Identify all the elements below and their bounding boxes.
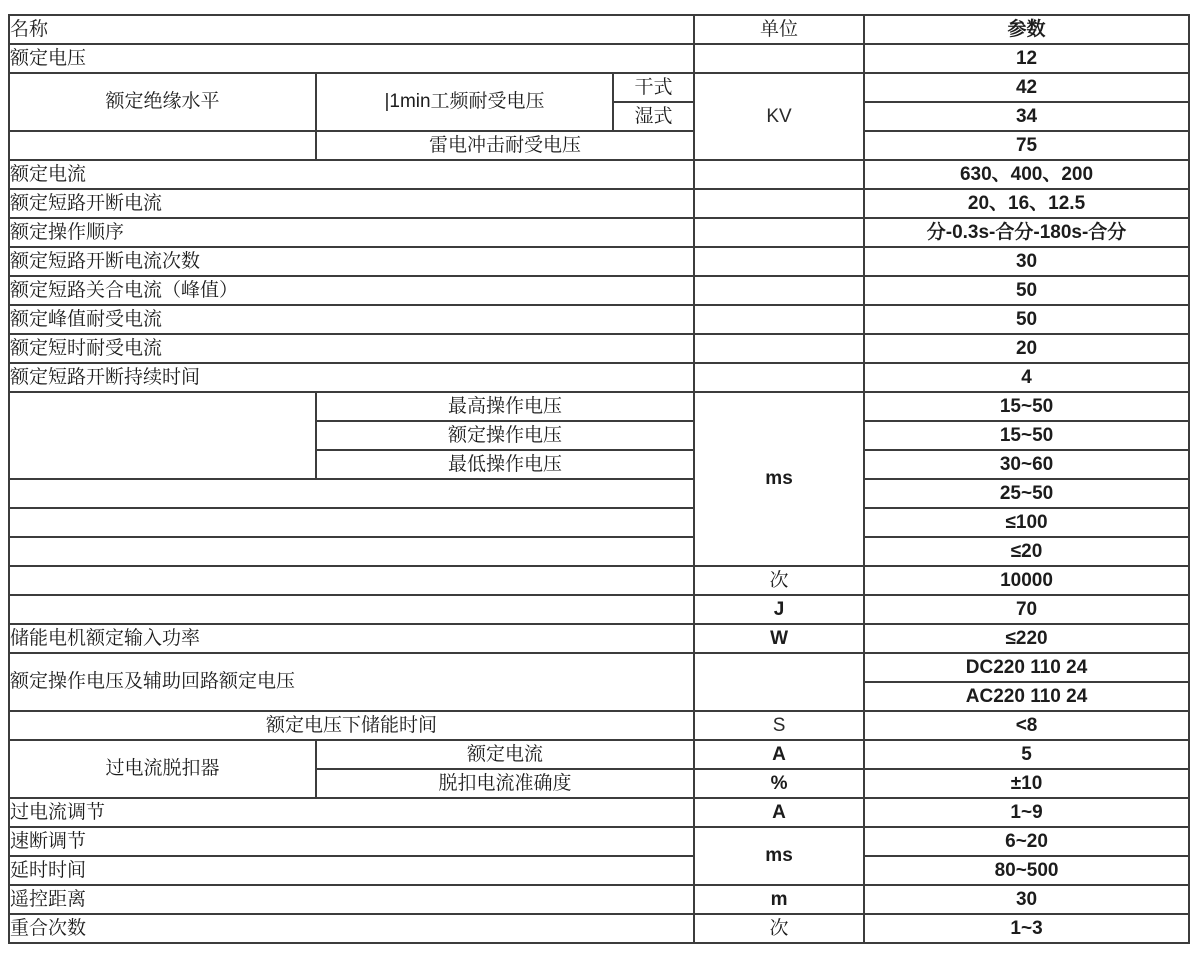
name-cell: 额定短路开断电流次数 (9, 247, 694, 276)
name-cell: 延时时间 (9, 856, 694, 885)
empty-cell (9, 595, 694, 624)
spec-table: 名称单位参数额定电压12额定绝缘水平|1min工频耐受电压干式KV42湿式34雷… (8, 14, 1190, 944)
empty-cell (694, 363, 864, 392)
header-name-cell: 名称 (9, 15, 694, 44)
value-cell: 分-0.3s-合分-180s-合分 (864, 218, 1189, 247)
name-cell: 干式 (613, 73, 694, 102)
value-cell: 5 (864, 740, 1189, 769)
value-cell: 30 (864, 247, 1189, 276)
name-cell: 过电流脱扣器 (9, 740, 316, 798)
value-cell: ≤20 (864, 537, 1189, 566)
name-cell: 过电流调节 (9, 798, 694, 827)
table-row: 过电流脱扣器额定电流A5 (9, 740, 1189, 769)
name-cell: 重合次数 (9, 914, 694, 943)
value-cell: 42 (864, 73, 1189, 102)
unit-cell: W (694, 624, 864, 653)
table-row: J70 (9, 595, 1189, 624)
table-row: 速断调节ms6~20 (9, 827, 1189, 856)
table-row: ≤100 (9, 508, 1189, 537)
empty-cell (9, 508, 694, 537)
table-row: 名称单位参数 (9, 15, 1189, 44)
spec-sheet-page: 名称单位参数额定电压12额定绝缘水平|1min工频耐受电压干式KV42湿式34雷… (0, 0, 1200, 953)
table-row: 最高操作电压ms15~50 (9, 392, 1189, 421)
name-cell: 储能电机额定输入功率 (9, 624, 694, 653)
value-cell: AC220 110 24 (864, 682, 1189, 711)
empty-cell (694, 276, 864, 305)
subname-cell: 最低操作电压 (316, 450, 694, 479)
unit-cell: S (694, 711, 864, 740)
unit-cell: m (694, 885, 864, 914)
empty-cell (694, 189, 864, 218)
value-cell: 50 (864, 305, 1189, 334)
empty-cell (9, 479, 694, 508)
unit-cell: 次 (694, 566, 864, 595)
unit-cell: A (694, 798, 864, 827)
table-row: 额定绝缘水平|1min工频耐受电压干式KV42 (9, 73, 1189, 102)
header-unit-cell: 单位 (694, 15, 864, 44)
empty-cell (9, 566, 694, 595)
subname-cell: |1min工频耐受电压 (316, 73, 613, 131)
table-row: 额定短路开断电流次数30 (9, 247, 1189, 276)
subname-cell: 最高操作电压 (316, 392, 694, 421)
value-cell: 1~3 (864, 914, 1189, 943)
unit-cell: 次 (694, 914, 864, 943)
empty-cell (9, 392, 316, 479)
empty-cell (9, 537, 694, 566)
name-cell: 速断调节 (9, 827, 694, 856)
value-cell: 20 (864, 334, 1189, 363)
table-row: 额定短时耐受电流20 (9, 334, 1189, 363)
name-cell: 遥控距离 (9, 885, 694, 914)
name-cell: 额定短路开断电流 (9, 189, 694, 218)
table-row: 25~50 (9, 479, 1189, 508)
name-cell: 额定短路关合电流（峰值） (9, 276, 694, 305)
name-cell: 额定峰值耐受电流 (9, 305, 694, 334)
unit-cell: ms (694, 392, 864, 566)
value-cell: 20、16、12.5 (864, 189, 1189, 218)
value-cell: 30~60 (864, 450, 1189, 479)
table-row: 额定短路关合电流（峰值）50 (9, 276, 1189, 305)
table-row: 额定短路开断持续时间4 (9, 363, 1189, 392)
value-cell: 12 (864, 44, 1189, 73)
value-cell: 630、400、200 (864, 160, 1189, 189)
empty-cell (694, 218, 864, 247)
table-row: 次10000 (9, 566, 1189, 595)
table-row: 额定峰值耐受电流50 (9, 305, 1189, 334)
table-row: 遥控距离m30 (9, 885, 1189, 914)
subname-cell: 脱扣电流准确度 (316, 769, 694, 798)
value-cell: 15~50 (864, 421, 1189, 450)
table-row: 额定操作电压及辅助回路额定电压DC220 110 24 (9, 653, 1189, 682)
unit-cell: KV (694, 73, 864, 160)
table-row: 重合次数次1~3 (9, 914, 1189, 943)
empty-cell (9, 131, 316, 160)
subname-cell: 雷电冲击耐受电压 (316, 131, 694, 160)
unit-cell: J (694, 595, 864, 624)
table-row: 额定操作顺序分-0.3s-合分-180s-合分 (9, 218, 1189, 247)
name-cell: 额定短路开断持续时间 (9, 363, 694, 392)
name-cell: 湿式 (613, 102, 694, 131)
value-cell: ≤220 (864, 624, 1189, 653)
value-cell: 70 (864, 595, 1189, 624)
table-row: 雷电冲击耐受电压75 (9, 131, 1189, 160)
header-value-cell: 参数 (864, 15, 1189, 44)
spec-table-rows: 名称单位参数额定电压12额定绝缘水平|1min工频耐受电压干式KV42湿式34雷… (9, 15, 1189, 943)
table-row: 额定电流630、400、200 (9, 160, 1189, 189)
name-cell: 额定电压 (9, 44, 694, 73)
name-cell: 额定绝缘水平 (9, 73, 316, 131)
table-row: ≤20 (9, 537, 1189, 566)
empty-cell (694, 305, 864, 334)
table-row: 额定电压下储能时间S<8 (9, 711, 1189, 740)
value-cell: <8 (864, 711, 1189, 740)
name-cell: 额定电压下储能时间 (9, 711, 694, 740)
name-cell: 额定操作顺序 (9, 218, 694, 247)
value-cell: 25~50 (864, 479, 1189, 508)
unit-cell: A (694, 740, 864, 769)
subname-cell: 额定电流 (316, 740, 694, 769)
unit-cell: % (694, 769, 864, 798)
empty-cell (694, 160, 864, 189)
value-cell: 1~9 (864, 798, 1189, 827)
value-cell: ±10 (864, 769, 1189, 798)
value-cell: DC220 110 24 (864, 653, 1189, 682)
name-cell: 额定短时耐受电流 (9, 334, 694, 363)
table-row: 储能电机额定输入功率W≤220 (9, 624, 1189, 653)
table-row: 额定短路开断电流20、16、12.5 (9, 189, 1189, 218)
table-row: 额定电压12 (9, 44, 1189, 73)
unit-cell: ms (694, 827, 864, 885)
table-row: 过电流调节A1~9 (9, 798, 1189, 827)
value-cell: 10000 (864, 566, 1189, 595)
value-cell: 30 (864, 885, 1189, 914)
empty-cell (694, 334, 864, 363)
name-cell: 额定操作电压及辅助回路额定电压 (9, 653, 694, 711)
empty-cell (694, 247, 864, 276)
value-cell: 4 (864, 363, 1189, 392)
empty-cell (694, 653, 864, 711)
empty-cell (694, 44, 864, 73)
subname-cell: 额定操作电压 (316, 421, 694, 450)
value-cell: 15~50 (864, 392, 1189, 421)
table-row: 延时时间80~500 (9, 856, 1189, 885)
value-cell: 34 (864, 102, 1189, 131)
value-cell: 6~20 (864, 827, 1189, 856)
name-cell: 额定电流 (9, 160, 694, 189)
value-cell: 50 (864, 276, 1189, 305)
value-cell: 80~500 (864, 856, 1189, 885)
value-cell: ≤100 (864, 508, 1189, 537)
value-cell: 75 (864, 131, 1189, 160)
